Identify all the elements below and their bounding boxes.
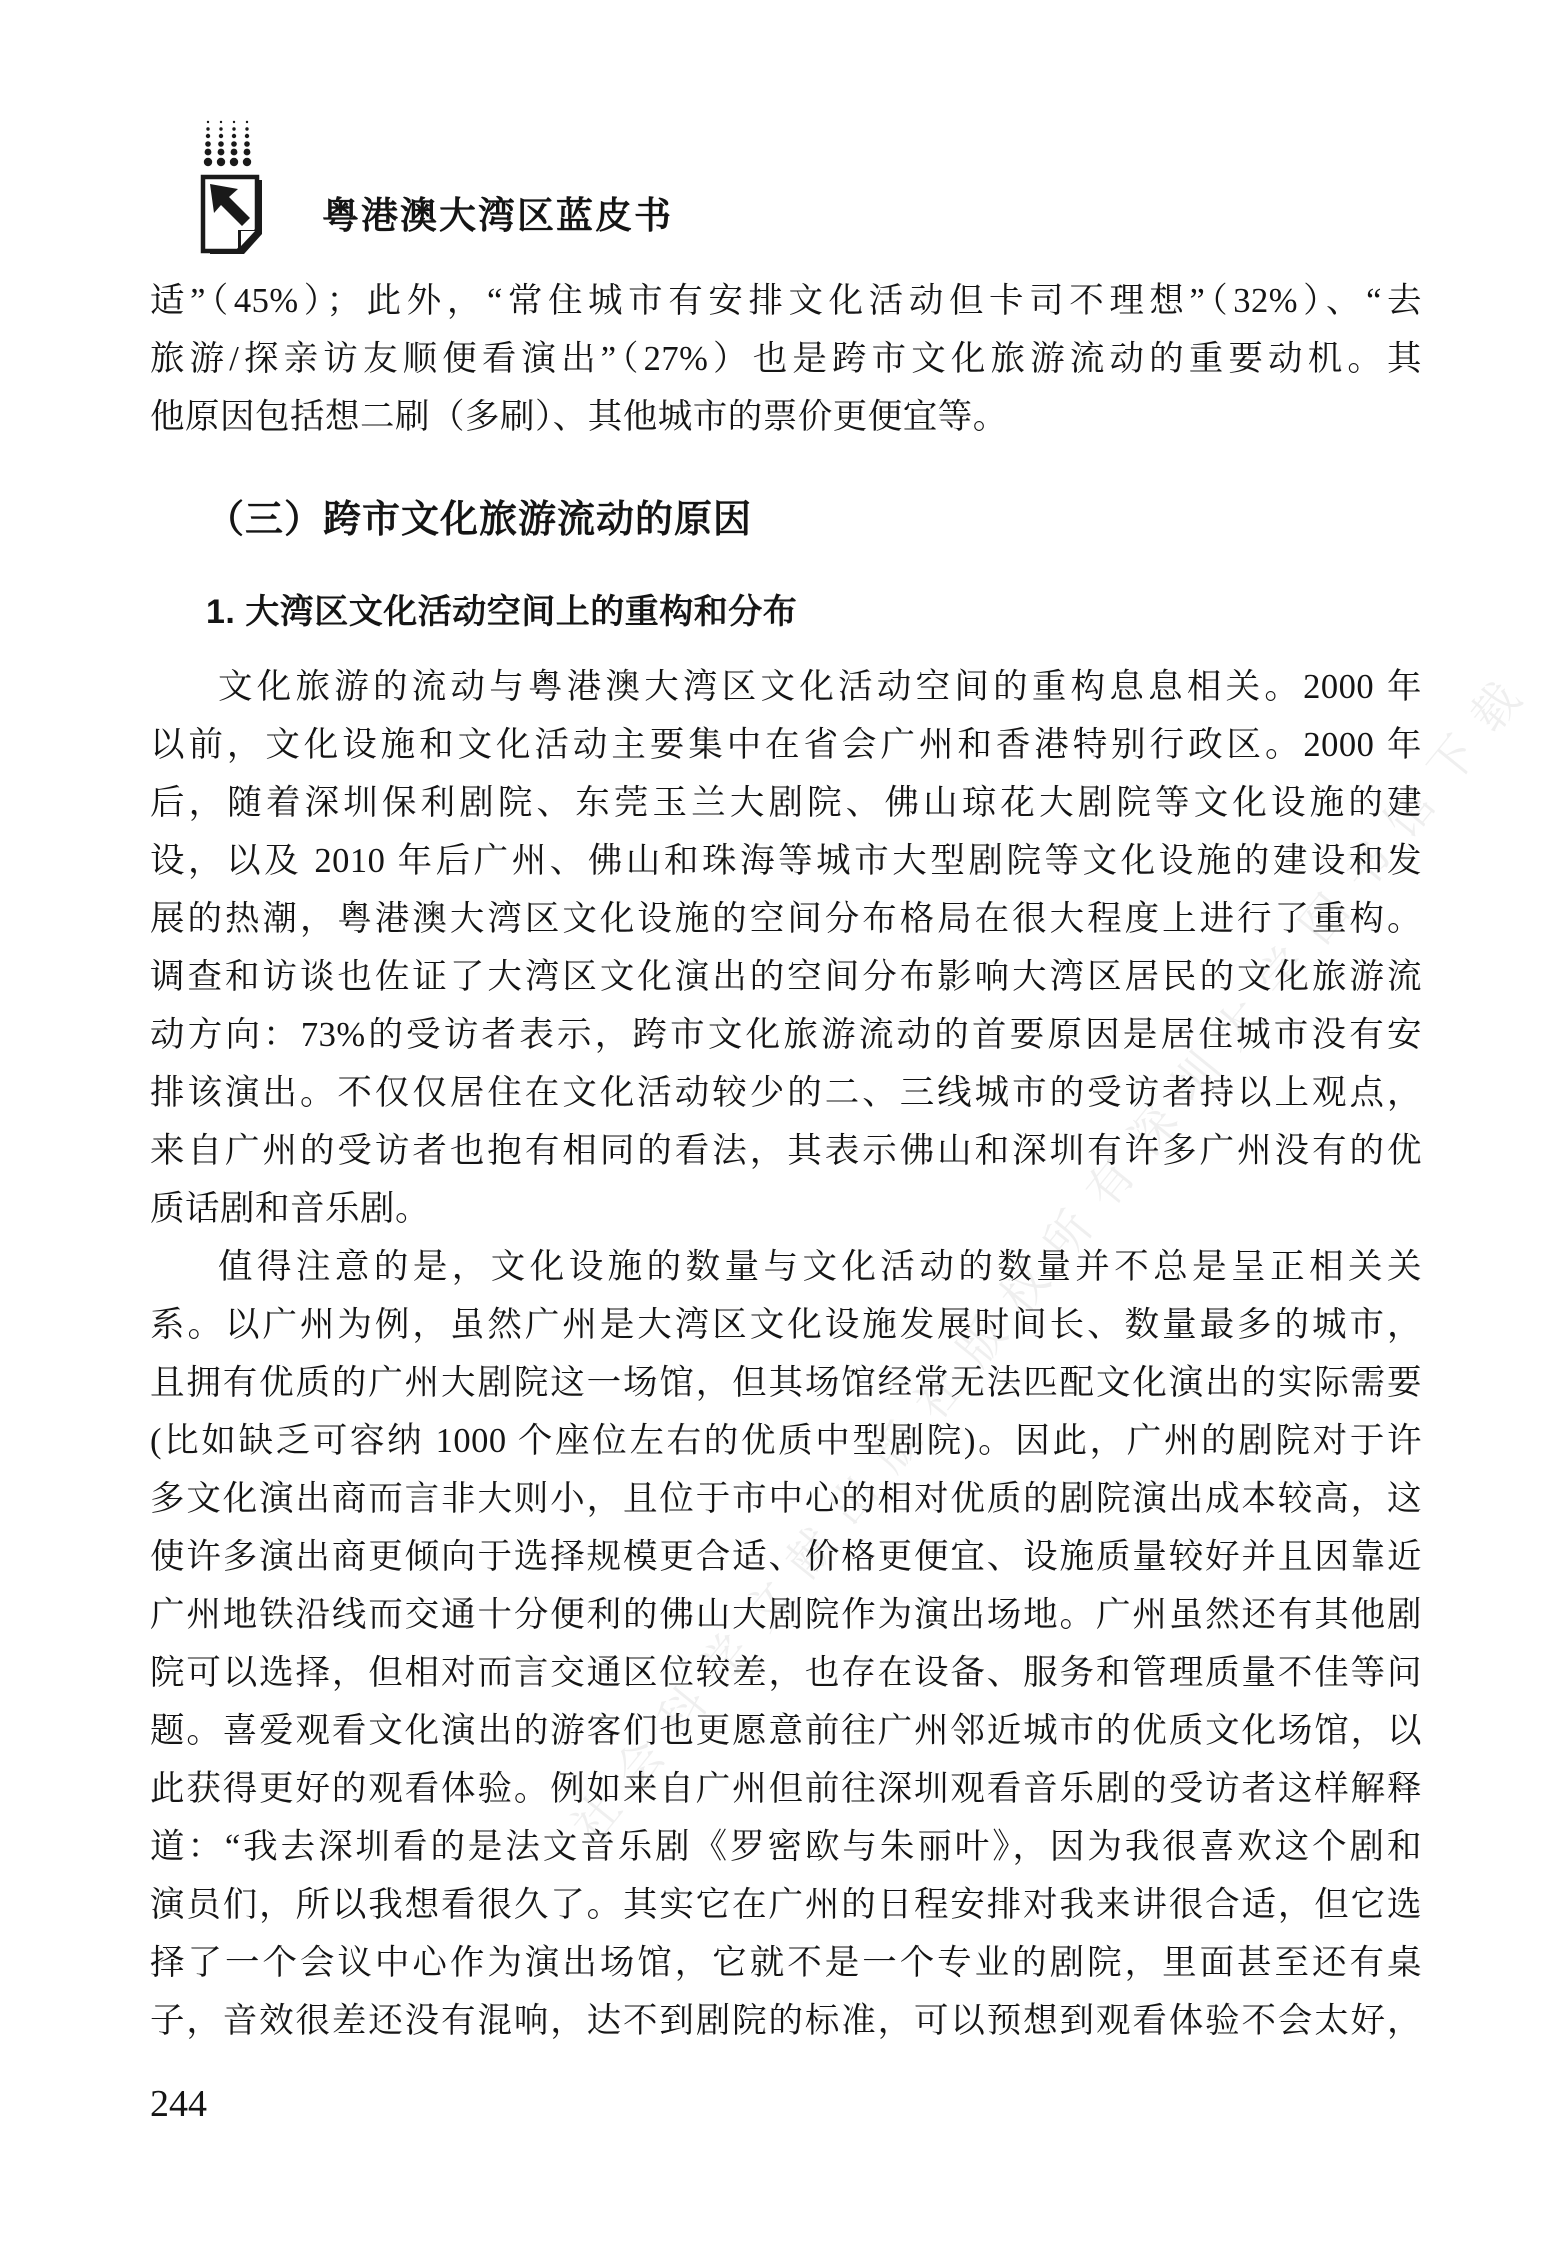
text-line: 适”（45%）；此外，“常住城市有安排文化活动但卡司不理想”（32%）、“去 <box>150 272 1422 330</box>
page-number: 244 <box>150 2082 207 2126</box>
document-arrow-icon <box>200 174 264 256</box>
text-line: 排该演出。不仅仅居住在文化活动较少的二、三线城市的受访者持以上观点， <box>150 1064 1422 1122</box>
text-line: 择了一个会议中心作为演出场馆，它就不是一个专业的剧院，里面甚至还有桌 <box>150 1934 1422 1992</box>
text-line: 此获得更好的观看体验。例如来自广州但前往深圳观看音乐剧的受访者这样解释 <box>150 1760 1422 1818</box>
book-page: 社会科学文献出版社版权所有深圳大学图书馆下载 <box>0 0 1556 2244</box>
paragraph: 值得注意的是，文化设施的数量与文化活动的数量并不总是呈正相关关系。以广州为例，虽… <box>150 1238 1422 2050</box>
text-line: 旅游/探亲访友顺便看演出”（27%）也是跨市文化旅游流动的重要动机。其 <box>150 330 1422 388</box>
text-line: 广州地铁沿线而交通十分便利的佛山大剧院作为演出场地。广州虽然还有其他剧 <box>150 1586 1422 1644</box>
text-line: 他原因包括想二刷（多刷）、其他城市的票价更便宜等。 <box>150 388 1422 446</box>
text-line: 值得注意的是，文化设施的数量与文化活动的数量并不总是呈正相关关 <box>150 1238 1422 1296</box>
text-line: 道：“我去深圳看的是法文音乐剧《罗密欧与朱丽叶》，因为我很喜欢这个剧和 <box>150 1818 1422 1876</box>
page-content: 适”（45%）；此外，“常住城市有安排文化活动但卡司不理想”（32%）、“去旅游… <box>150 272 1422 2050</box>
text-line: 以前，文化设施和文化活动主要集中在省会广州和香港特别行政区。2000 年 <box>150 716 1422 774</box>
text-line: 且拥有优质的广州大剧院这一场馆，但其场馆经常无法匹配文化演出的实际需要 <box>150 1354 1422 1412</box>
paragraph: 适”（45%）；此外，“常住城市有安排文化活动但卡司不理想”（32%）、“去旅游… <box>150 272 1422 446</box>
text-line: 演员们，所以我想看很久了。其实它在广州的日程安排对我来讲很合适，但它选 <box>150 1876 1422 1934</box>
text-line: 题。喜爱观看文化演出的游客们也更愿意前往广州邻近城市的优质文化场馆，以 <box>150 1702 1422 1760</box>
text-line: 质话剧和音乐剧。 <box>150 1180 1422 1238</box>
text-line: 子，音效很差还没有混响，达不到剧院的标准，可以预想到观看体验不会太好， <box>150 1992 1422 2050</box>
brand-title: 粤港澳大湾区蓝皮书 <box>322 194 673 238</box>
section-heading: （三）跨市文化旅游流动的原因 <box>150 496 1422 544</box>
text-line: 院可以选择，但相对而言交通区位较差，也存在设备、服务和管理质量不佳等问 <box>150 1644 1422 1702</box>
paragraph: 文化旅游的流动与粤港澳大湾区文化活动空间的重构息息相关。2000 年以前，文化设… <box>150 658 1422 1238</box>
text-line: 多文化演出商而言非大则小，且位于市中心的相对优质的剧院演出成本较高，这 <box>150 1470 1422 1528</box>
text-line: 系。以广州为例，虽然广州是大湾区文化设施发展时间长、数量最多的城市， <box>150 1296 1422 1354</box>
dots-grid-icon <box>202 118 254 168</box>
blue-book-logo <box>200 118 266 256</box>
text-line: 展的热潮，粤港澳大湾区文化设施的空间分布格局在很大程度上进行了重构。 <box>150 890 1422 948</box>
text-line: 设，以及 2010 年后广州、佛山和珠海等城市大型剧院等文化设施的建设和发 <box>150 832 1422 890</box>
text-line: 文化旅游的流动与粤港澳大湾区文化活动空间的重构息息相关。2000 年 <box>150 658 1422 716</box>
text-line: 后，随着深圳保利剧院、东莞玉兰大剧院、佛山琼花大剧院等文化设施的建 <box>150 774 1422 832</box>
text-line: 调查和访谈也佐证了大湾区文化演出的空间分布影响大湾区居民的文化旅游流 <box>150 948 1422 1006</box>
text-line: 使许多演出商更倾向于选择规模更合适、价格更便宜、设施质量较好并且因靠近 <box>150 1528 1422 1586</box>
text-line: 动方向：73%的受访者表示，跨市文化旅游流动的首要原因是居住城市没有安 <box>150 1006 1422 1064</box>
subsection-heading: 1. 大湾区文化活动空间上的重构和分布 <box>150 590 1422 634</box>
text-line: (比如缺乏可容纳 1000 个座位左右的优质中型剧院)。因此，广州的剧院对于许 <box>150 1412 1422 1470</box>
text-line: 来自广州的受访者也抱有相同的看法，其表示佛山和深圳有许多广州没有的优 <box>150 1122 1422 1180</box>
